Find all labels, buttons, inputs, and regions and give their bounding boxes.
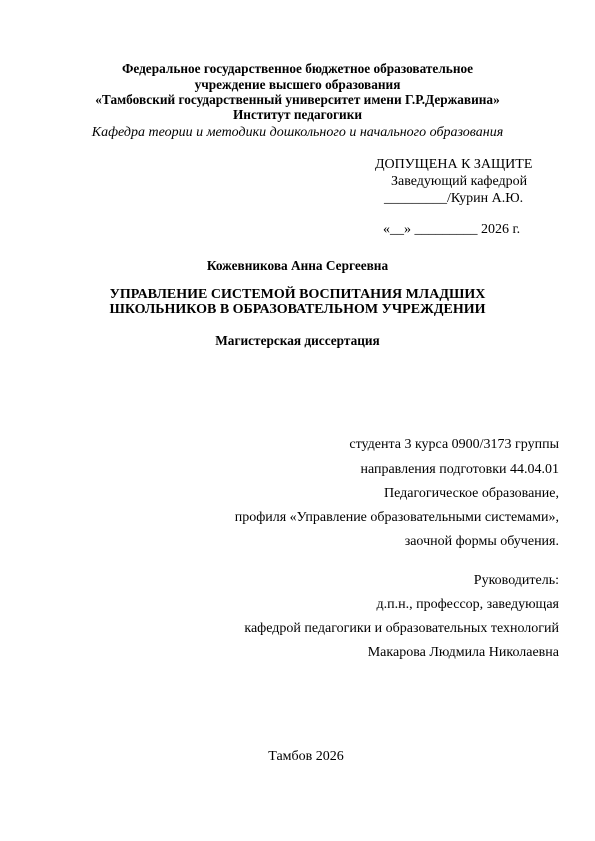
- thesis-title-line-2: ШКОЛЬНИКОВ В ОБРАЗОВАТЕЛЬНОМ УЧРЕЖДЕНИИ: [0, 302, 595, 318]
- city-year: Тамбов 2026: [0, 749, 595, 765]
- author-name: Кожевникова Анна Сергеевна: [0, 258, 595, 274]
- student-info-line: заочной формы обучения.: [405, 534, 559, 550]
- student-info-line: Педагогическое образование,: [384, 486, 559, 502]
- supervisor-department: кафедрой педагогики и образовательных те…: [244, 621, 559, 637]
- student-info-line: студента 3 курса 0900/3173 группы: [349, 437, 559, 453]
- thesis-title-line-1: УПРАВЛЕНИЕ СИСТЕМОЙ ВОСПИТАНИЯ МЛАДШИХ: [0, 287, 595, 303]
- department-name: Кафедра теории и методики дошкольного и …: [0, 125, 595, 141]
- student-info-line: профиля «Управление образовательными сис…: [235, 510, 559, 526]
- header-line-2: учреждение высшего образования: [0, 77, 595, 93]
- student-info-line: направления подготовки 44.04.01: [360, 462, 559, 478]
- approval-signature: _________/Курин А.Ю.: [384, 191, 523, 207]
- approval-title: ДОПУЩЕНА К ЗАЩИТЕ: [375, 157, 532, 173]
- thesis-type: Магистерская диссертация: [0, 333, 595, 349]
- supervisor-name: Макарова Людмила Николаевна: [368, 645, 559, 661]
- supervisor-title: д.п.н., профессор, заведующая: [377, 597, 559, 613]
- institute-name: Институт педагогики: [0, 107, 595, 123]
- header-line-1: Федеральное государственное бюджетное об…: [0, 61, 595, 77]
- approval-role: Заведующий кафедрой: [391, 174, 527, 190]
- header-line-3: «Тамбовский государственный университет …: [0, 92, 595, 108]
- approval-date: «__» _________ 2026 г.: [383, 222, 520, 238]
- supervisor-label: Руководитель:: [474, 573, 559, 589]
